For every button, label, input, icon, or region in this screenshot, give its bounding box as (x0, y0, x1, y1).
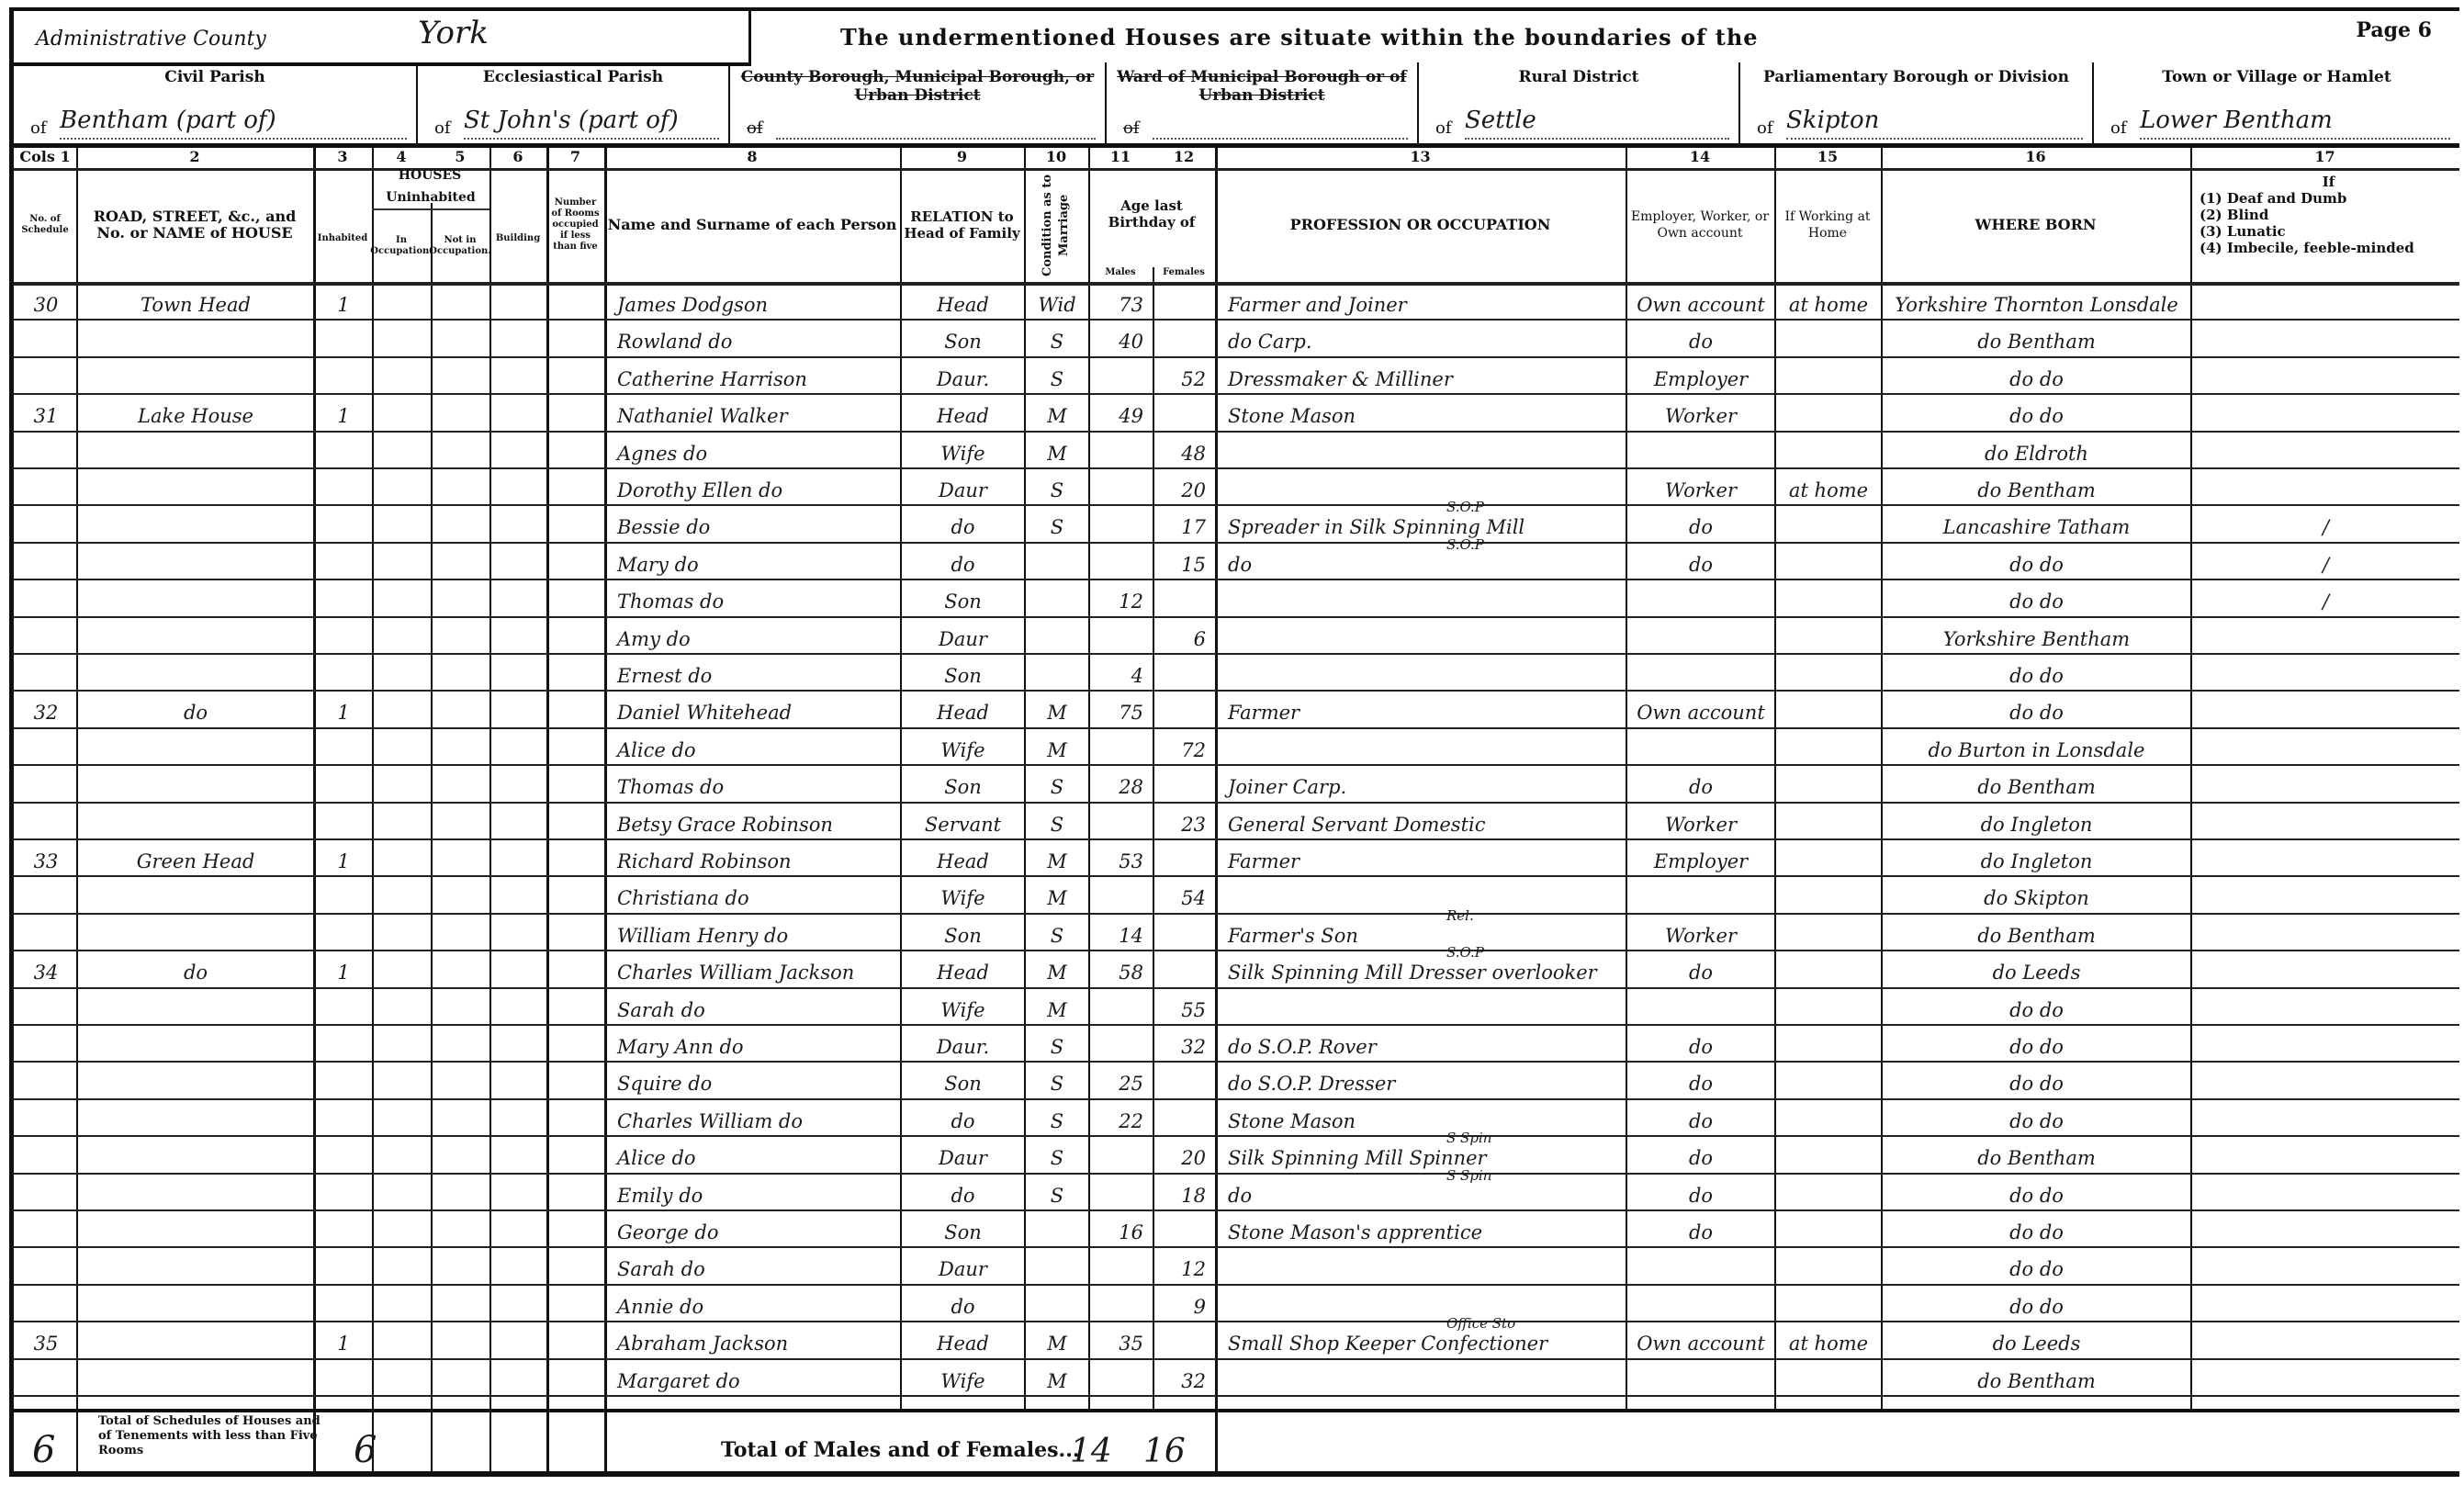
male-age-cell: 75 (1094, 690, 1149, 726)
relation-cell: do (906, 1284, 1020, 1321)
male-age-cell: 40 (1094, 319, 1149, 355)
where-born-cell: Yorkshire Thornton Lonsdale (1886, 282, 2187, 319)
table-row: 30Town Head1James DodgsonHeadWid73Farmer… (14, 282, 2459, 321)
place-of: of (1435, 118, 1452, 138)
occupation-cell: Stone Mason (1221, 1098, 1622, 1135)
infirmity-cell (2196, 393, 2456, 430)
employer-cell (1631, 987, 1771, 1024)
female-age-cell (1158, 282, 1211, 319)
total-males-value: 14 (1070, 1433, 1112, 1470)
road-cell (82, 987, 309, 1024)
infirmity-cell (2196, 616, 2456, 653)
table-row: Mary Ann doDaur.S32do S.O.P. Roverdodo d… (14, 1024, 2459, 1063)
condition-cell (1029, 1246, 1085, 1283)
table-row: George doSon16Stone Mason's apprenticedo… (14, 1209, 2459, 1248)
employer-cell (1631, 1246, 1771, 1283)
table-row: Charles William dodoS22Stone Masondodo d… (14, 1098, 2459, 1137)
female-age-cell (1158, 1321, 1211, 1357)
relation-cell: Daur. (906, 1024, 1020, 1061)
relation-cell: Daur (906, 467, 1020, 504)
at-home-cell (1780, 913, 1877, 950)
employer-cell: Own account (1631, 282, 1771, 319)
inhabited-cell (319, 653, 368, 690)
inhabited-cell: 1 (319, 1321, 368, 1357)
column-header-row: No. of Schedule ROAD, STREET, &c., and N… (14, 168, 2459, 286)
where-born-cell: do Bentham (1886, 913, 2187, 950)
col-number: 4 (372, 148, 431, 168)
place-value: Skipton (1786, 107, 2083, 140)
admin-county-label: Administrative County (36, 28, 266, 51)
header-road: ROAD, STREET, &c., and No. or NAME of HO… (76, 168, 313, 282)
female-age-cell: 72 (1158, 727, 1211, 764)
road-cell (82, 431, 309, 467)
inhabited-cell (319, 467, 368, 504)
schedule-cell (19, 1209, 73, 1246)
employer-cell (1631, 727, 1771, 764)
employer-cell: do (1631, 1173, 1771, 1209)
place-of: of (1123, 118, 1140, 138)
schedule-cell (19, 579, 73, 615)
schedule-cell (19, 1135, 73, 1172)
where-born-cell: do do (1886, 1061, 2187, 1097)
at-home-cell (1780, 616, 1877, 653)
place-label: Rural District (1419, 68, 1738, 86)
employer-cell: do (1631, 1098, 1771, 1135)
female-age-cell: 23 (1158, 802, 1211, 838)
inhabited-cell (319, 1024, 368, 1061)
inhabited-cell (319, 542, 368, 579)
occupation-cell (1221, 1358, 1622, 1395)
occupation-cell (1221, 467, 1622, 504)
place-value: Bentham (part of) (60, 107, 407, 140)
at-home-cell (1780, 1209, 1877, 1246)
road-cell (82, 579, 309, 615)
condition-cell (1029, 542, 1085, 579)
female-age-cell: 48 (1158, 431, 1211, 467)
inhabited-cell (319, 579, 368, 615)
infirmity-cell (2196, 1024, 2456, 1061)
admin-county-box: Administrative County York (14, 11, 751, 66)
place-value: St John's (part of) (464, 107, 719, 140)
male-age-cell: 35 (1094, 1321, 1149, 1357)
relation-cell: Head (906, 282, 1020, 319)
name-cell: Nathaniel Walker (610, 393, 896, 430)
header-males: Males (1088, 264, 1153, 282)
table-row: Sarah doWifeM55do do (14, 987, 2459, 1026)
table-row: Emily dodoS18dododo doS Spin (14, 1173, 2459, 1211)
relation-cell: Son (906, 764, 1020, 801)
inhabited-cell: 1 (319, 838, 368, 875)
employer-cell (1631, 653, 1771, 690)
inhabited-cell (319, 1284, 368, 1321)
header-infirmity: If (1) Deaf and Dumb (2) Blind (3) Lunat… (2198, 168, 2459, 282)
male-age-cell (1094, 356, 1149, 393)
name-cell: Dorothy Ellen do (610, 467, 896, 504)
schedule-cell (19, 913, 73, 950)
female-age-cell: 20 (1158, 1135, 1211, 1172)
where-born-cell: do Burton in Lonsdale (1886, 727, 2187, 764)
condition-cell: Wid (1029, 282, 1085, 319)
female-age-cell (1158, 1098, 1211, 1135)
table-row: 351Abraham JacksonHeadM35Small Shop Keep… (14, 1321, 2459, 1359)
occupation-cell (1221, 987, 1622, 1024)
infirmity-cell (2196, 1209, 2456, 1246)
schedule-cell (19, 431, 73, 467)
occupation-annotation: Rel. (1446, 907, 1474, 924)
total-schedules-value: 6 (32, 1429, 55, 1471)
infirmity-cell: / (2196, 579, 2456, 615)
infirmity-cell (2196, 356, 2456, 393)
at-home-cell (1780, 393, 1877, 430)
name-cell: Squire do (610, 1061, 896, 1097)
infirmity-cell (2196, 467, 2456, 504)
relation-cell: do (906, 542, 1020, 579)
infirmity-cell: / (2196, 542, 2456, 579)
where-born-cell: do Leeds (1886, 1321, 2187, 1357)
relation-cell: Son (906, 579, 1020, 615)
schedule-cell (19, 1246, 73, 1283)
occupation-cell (1221, 1284, 1622, 1321)
schedule-cell (19, 319, 73, 355)
road-cell (82, 764, 309, 801)
female-age-cell (1158, 1209, 1211, 1246)
where-born-cell: do Bentham (1886, 1135, 2187, 1172)
where-born-cell: do Ingleton (1886, 802, 2187, 838)
census-page: Administrative County York The underment… (9, 7, 2459, 1477)
female-age-cell: 32 (1158, 1358, 1211, 1395)
col-number: 6 (489, 148, 546, 168)
schedule-cell: 32 (19, 690, 73, 726)
at-home-cell (1780, 653, 1877, 690)
road-cell (82, 1209, 309, 1246)
where-born-cell: Yorkshire Bentham (1886, 616, 2187, 653)
relation-cell: Head (906, 690, 1020, 726)
table-row: Amy doDaur6Yorkshire Bentham (14, 616, 2459, 655)
header-where-born: WHERE BORN (1881, 168, 2190, 282)
schedule-cell: 35 (19, 1321, 73, 1357)
occupation-cell: Farmer and Joiner (1221, 282, 1622, 319)
road-cell (82, 1024, 309, 1061)
col-number: 13 (1215, 148, 1626, 168)
road-cell (82, 467, 309, 504)
header-rooms: Number of Rooms occupied if less than fi… (546, 168, 604, 282)
male-age-cell: 14 (1094, 913, 1149, 950)
table-row: Rowland doSonS40do Carp.dodo Bentham (14, 319, 2459, 357)
place-value (1153, 107, 1408, 140)
male-age-cell (1094, 875, 1149, 912)
where-born-cell: do do (1886, 987, 2187, 1024)
name-cell: Amy do (610, 616, 896, 653)
where-born-cell: do do (1886, 542, 2187, 579)
male-age-cell: 53 (1094, 838, 1149, 875)
header-females: Females (1153, 264, 1215, 282)
place-ward: Ward of Municipal Borough or of Urban Di… (1107, 62, 1419, 143)
male-age-cell (1094, 1024, 1149, 1061)
female-age-cell: 54 (1158, 875, 1211, 912)
occupation-cell (1221, 875, 1622, 912)
infirmity-cell (2196, 802, 2456, 838)
occupation-annotation: S Spin (1446, 1167, 1491, 1184)
schedule-cell (19, 987, 73, 1024)
occupation-cell (1221, 653, 1622, 690)
female-age-cell: 6 (1158, 616, 1211, 653)
place-value: Settle (1465, 107, 1729, 140)
employer-cell: do (1631, 504, 1771, 541)
place-of: of (434, 118, 451, 138)
male-age-cell (1094, 1173, 1149, 1209)
employer-cell: Own account (1631, 690, 1771, 726)
employer-cell: do (1631, 319, 1771, 355)
schedule-cell: 34 (19, 950, 73, 986)
header-occupation: PROFESSION OR OCCUPATION (1215, 168, 1626, 282)
at-home-cell (1780, 727, 1877, 764)
schedule-cell (19, 542, 73, 579)
header-age: Age last Birthday of (1088, 168, 1215, 260)
male-age-cell: 58 (1094, 950, 1149, 986)
at-home-cell (1780, 690, 1877, 726)
name-cell: Annie do (610, 1284, 896, 1321)
road-cell (82, 653, 309, 690)
female-age-cell (1158, 950, 1211, 986)
place-town-village: Town or Village or Hamlet of Lower Benth… (2094, 62, 2459, 143)
inhabited-cell: 1 (319, 282, 368, 319)
road-cell (82, 542, 309, 579)
relation-cell: Wife (906, 875, 1020, 912)
col-number: 11 (1088, 148, 1153, 168)
where-born-cell: do do (1886, 356, 2187, 393)
infirmity-cell (2196, 875, 2456, 912)
condition-cell: M (1029, 950, 1085, 986)
relation-cell: Head (906, 838, 1020, 875)
name-cell: James Dodgson (610, 282, 896, 319)
condition-cell: M (1029, 393, 1085, 430)
relation-cell: Head (906, 393, 1020, 430)
relation-cell: Servant (906, 802, 1020, 838)
where-born-cell: do do (1886, 653, 2187, 690)
table-row: 34do1Charles William JacksonHeadM58Silk … (14, 950, 2459, 988)
relation-cell: Daur (906, 1135, 1020, 1172)
where-born-cell: do do (1886, 690, 2187, 726)
female-age-cell (1158, 653, 1211, 690)
relation-cell: Daur. (906, 356, 1020, 393)
where-born-cell: do Bentham (1886, 1358, 2187, 1395)
employer-cell (1631, 875, 1771, 912)
at-home-cell (1780, 764, 1877, 801)
name-cell: Daniel Whitehead (610, 690, 896, 726)
inhabited-cell (319, 727, 368, 764)
infirmity-cell (2196, 319, 2456, 355)
where-born-cell: do Skipton (1886, 875, 2187, 912)
at-home-cell: at home (1780, 282, 1877, 319)
occupation-cell (1221, 579, 1622, 615)
female-age-cell: 32 (1158, 1024, 1211, 1061)
inhabited-cell (319, 802, 368, 838)
female-age-cell (1158, 838, 1211, 875)
female-age-cell: 52 (1158, 356, 1211, 393)
condition-cell: M (1029, 987, 1085, 1024)
at-home-cell (1780, 802, 1877, 838)
at-home-cell (1780, 838, 1877, 875)
male-age-cell (1094, 1284, 1149, 1321)
place-label: Ecclesiastical Parish (418, 68, 728, 86)
at-home-cell (1780, 987, 1877, 1024)
table-row: Betsy Grace RobinsonServantS23General Se… (14, 802, 2459, 840)
infirmity-option: (1) Deaf and Dumb (2200, 190, 2458, 207)
where-born-cell: do Ingleton (1886, 838, 2187, 875)
where-born-cell: do do (1886, 1284, 2187, 1321)
schedule-cell (19, 727, 73, 764)
occupation-cell: Spreader in Silk Spinning Mill (1221, 504, 1622, 541)
occupation-cell: do S.O.P. Dresser (1221, 1061, 1622, 1097)
female-age-cell (1158, 913, 1211, 950)
inhabited-cell (319, 1061, 368, 1097)
condition-cell: S (1029, 913, 1085, 950)
occupation-annotation: S.O.P (1446, 536, 1484, 553)
inhabited-cell (319, 1135, 368, 1172)
header-condition: Condition as to Marriage (1024, 168, 1088, 282)
employer-cell: do (1631, 950, 1771, 986)
occupation-cell: Stone Mason's apprentice (1221, 1209, 1622, 1246)
occupation-cell: do (1221, 542, 1622, 579)
place-label: Civil Parish (14, 68, 416, 86)
road-cell: Lake House (82, 393, 309, 430)
relation-cell: Wife (906, 1358, 1020, 1395)
male-age-cell (1094, 1135, 1149, 1172)
condition-cell: M (1029, 838, 1085, 875)
occupation-cell (1221, 431, 1622, 467)
col-number: 5 (431, 148, 489, 168)
table-row: Alice doDaurS20Silk Spinning Mill Spinne… (14, 1135, 2459, 1174)
male-age-cell (1094, 802, 1149, 838)
table-row: 31Lake House1Nathaniel WalkerHeadM49Ston… (14, 393, 2459, 432)
table-row: Ernest doSon4do do (14, 653, 2459, 692)
col-number: 15 (1774, 148, 1881, 168)
col-number: 16 (1881, 148, 2190, 168)
name-cell: Christiana do (610, 875, 896, 912)
road-cell (82, 616, 309, 653)
table-row: Margaret doWifeM32do Bentham (14, 1358, 2459, 1397)
where-born-cell: do Bentham (1886, 319, 2187, 355)
col-number: 3 (313, 148, 372, 168)
name-cell: Bessie do (610, 504, 896, 541)
road-cell (82, 356, 309, 393)
relation-cell: Head (906, 1321, 1020, 1357)
condition-cell: M (1029, 431, 1085, 467)
where-born-cell: do do (1886, 1246, 2187, 1283)
female-age-cell (1158, 764, 1211, 801)
at-home-cell (1780, 579, 1877, 615)
male-age-cell: 49 (1094, 393, 1149, 430)
condition-cell (1029, 579, 1085, 615)
employer-cell: Own account (1631, 1321, 1771, 1357)
table-row: Catherine HarrisonDaur.S52Dressmaker & M… (14, 356, 2459, 395)
schedule-cell (19, 1173, 73, 1209)
name-cell: Abraham Jackson (610, 1321, 896, 1357)
at-home-cell (1780, 431, 1877, 467)
name-cell: William Henry do (610, 913, 896, 950)
condition-cell: S (1029, 764, 1085, 801)
where-born-cell: do Bentham (1886, 764, 2187, 801)
total-males-females-label: Total of Males and of Females... (721, 1438, 1080, 1462)
female-age-cell: 12 (1158, 1246, 1211, 1283)
col-number: 12 (1153, 148, 1215, 168)
total-houses-value: 6 (354, 1429, 377, 1471)
place-rural-district: Rural District of Settle (1419, 62, 1740, 143)
table-row: Agnes doWifeM48do Eldroth (14, 431, 2459, 469)
place-headers: Civil Parish of Bentham (part of) Eccles… (14, 62, 2459, 148)
condition-cell: M (1029, 875, 1085, 912)
condition-cell: S (1029, 467, 1085, 504)
condition-cell: S (1029, 319, 1085, 355)
occupation-annotation: Office Sto (1446, 1315, 1515, 1332)
female-age-cell (1158, 690, 1211, 726)
occupation-annotation: S Spin (1446, 1130, 1491, 1146)
condition-cell: S (1029, 1061, 1085, 1097)
road-cell (82, 802, 309, 838)
where-born-cell: do do (1886, 1024, 2187, 1061)
at-home-cell (1780, 319, 1877, 355)
female-age-cell: 55 (1158, 987, 1211, 1024)
relation-cell: Son (906, 653, 1020, 690)
inhabited-cell: 1 (319, 950, 368, 986)
relation-cell: Son (906, 319, 1020, 355)
name-cell: Rowland do (610, 319, 896, 355)
table-row: Dorothy Ellen doDaurS20Workerat homedo B… (14, 467, 2459, 506)
inhabited-cell: 1 (319, 393, 368, 430)
female-age-cell: 17 (1158, 504, 1211, 541)
employer-cell: Worker (1631, 913, 1771, 950)
male-age-cell: 16 (1094, 1209, 1149, 1246)
at-home-cell (1780, 504, 1877, 541)
road-cell: do (82, 690, 309, 726)
condition-cell (1029, 616, 1085, 653)
header-building: Building (489, 196, 546, 282)
occupation-cell (1221, 616, 1622, 653)
condition-cell: M (1029, 690, 1085, 726)
schedule-cell (19, 875, 73, 912)
col-number: 17 (2190, 148, 2459, 168)
inhabited-cell (319, 913, 368, 950)
header-schedule: No. of Schedule (14, 168, 76, 282)
table-row: William Henry doSonS14Farmer's SonWorker… (14, 913, 2459, 951)
infirmity-cell (2196, 838, 2456, 875)
relation-cell: Head (906, 950, 1020, 986)
place-label: Town or Village or Hamlet (2094, 68, 2459, 86)
relation-cell: Son (906, 913, 1020, 950)
occupation-cell: Joiner Carp. (1221, 764, 1622, 801)
header-inhabited: Inhabited (313, 196, 372, 282)
at-home-cell (1780, 950, 1877, 986)
at-home-cell (1780, 1061, 1877, 1097)
place-label: County Borough, Municipal Borough, or Ur… (730, 68, 1105, 105)
infirmity-if: If (2200, 174, 2458, 190)
occupation-cell (1221, 1246, 1622, 1283)
place-county-borough: County Borough, Municipal Borough, or Ur… (730, 62, 1107, 143)
place-label: Parliamentary Borough or Division (1740, 68, 2092, 86)
occupation-cell: do Carp. (1221, 319, 1622, 355)
header-uninhabited: Uninhabited (372, 190, 489, 210)
occupation-cell: Stone Mason (1221, 393, 1622, 430)
name-cell: Alice do (610, 727, 896, 764)
condition-cell: S (1029, 1024, 1085, 1061)
occupation-annotation: S.O.P (1446, 499, 1484, 515)
table-row: 33Green Head1Richard RobinsonHeadM53Farm… (14, 838, 2459, 877)
male-age-cell (1094, 727, 1149, 764)
infirmity-option: (2) Blind (2200, 207, 2458, 223)
schedule-cell (19, 356, 73, 393)
name-cell: Mary do (610, 542, 896, 579)
name-cell: Thomas do (610, 579, 896, 615)
